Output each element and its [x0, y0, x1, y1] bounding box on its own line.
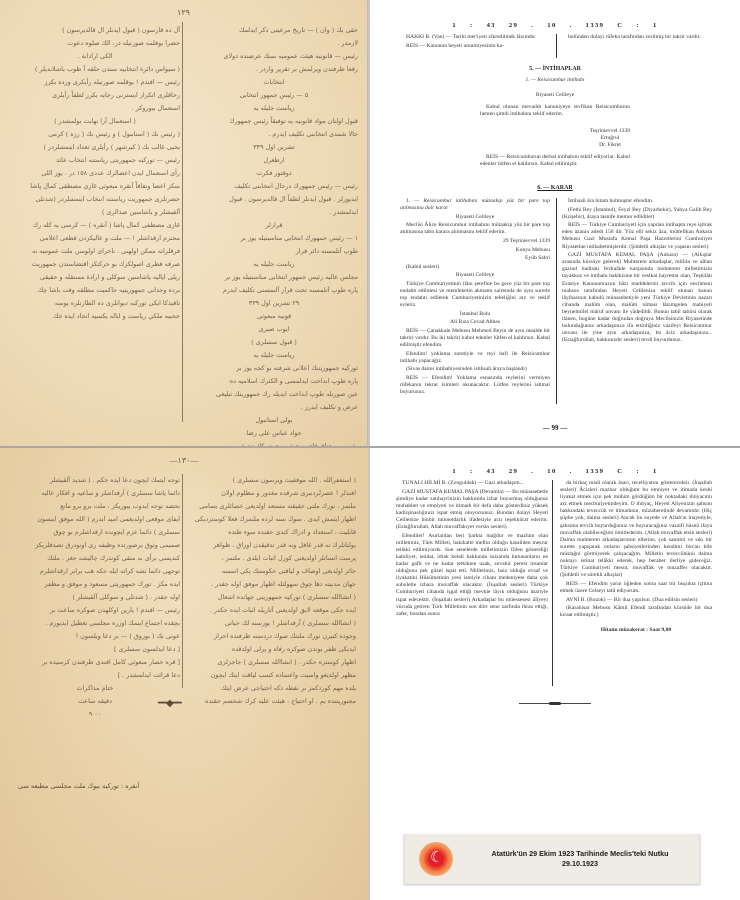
- section-title: 5. — İNTİHAPLAR: [370, 66, 740, 72]
- paragraph: (Fethi Bey (İstanbul), Feyzi Bey (Diyarb…: [562, 207, 712, 221]
- paragraph: GAZİ MUSTAFA KEMAL PAŞA (Devamla) — Bu m…: [396, 489, 548, 532]
- text-line: رفعا طرفندن ويرلمش بر تقرير واردر .: [190, 63, 358, 76]
- decision-left-column: 1. — Reisicumhur intihabını mütaakıp yüz…: [400, 198, 550, 398]
- text-line: افندلر ! عصرلردنبرى شرقده مغدور و مظلوم …: [190, 487, 356, 500]
- paragraph: AVNİ B. (Bozok) — Bir dua yapılsın. (Dua…: [560, 597, 712, 604]
- text-line: ١ — رئيس جمهورك انتخابى مناسبتيله يوز بر: [190, 232, 358, 245]
- decision-right-column: İstihsali âra hitam bulmuştur efendim.(F…: [562, 198, 712, 346]
- session-closing-time: Hitamı müzakerat : Saat 9,00: [560, 627, 712, 634]
- printer-imprint: آنقره : توركيه بيوك ملت مجلسى مطبعه سى: [18, 782, 139, 790]
- text-line: مظهر اولديغو وامنيت واعتماده كسب لياقت ا…: [190, 669, 356, 682]
- column-divider: [556, 198, 557, 404]
- text-line: تشرين اول ٣٣٩: [190, 141, 358, 154]
- text-line: عونى بك ( بوزوق ) — بر دعا ويلسون !: [10, 630, 180, 643]
- ottoman-right-column: حقى بك ( وان ) — تاريخ مرعيتى دكر ايدلمك…: [190, 24, 358, 446]
- session-header: 1 : 43 29 . 10 . 1339 C : 1: [370, 22, 740, 29]
- text-line: مجبوريتنده يم . او احتياج ، هيئت عليه كر…: [190, 695, 356, 708]
- end-ornament: ━━◆━━: [158, 698, 180, 709]
- paragraph: da birkaç misli olarak âsarı, tecelliyat…: [560, 480, 712, 579]
- paragraph: Türkiye Cumhuriyetinin ilânı şerefine bu…: [400, 281, 550, 309]
- text-line: مجلس عاليه رئيس جمهور انتخابى مناسبتيله …: [190, 271, 358, 284]
- text-line: حائز اولديغى اوصاف و لياقتى حكومتنك يكى …: [190, 565, 356, 578]
- text-line: ( انشاالله سسلرى ) آرقداشلر ! يوزسنه لك …: [190, 617, 356, 630]
- text-line: فرقلرانه ممكن اولهنى . ناخراى اولوسن ملت…: [10, 245, 180, 258]
- text-line: جهان مدنيته دها چوق سهولتله اظهار موفق ا…: [190, 578, 356, 591]
- text-line: حقى بك ( وان ) — تاريخ مرعيتى دكر ايدلمك: [190, 24, 358, 37]
- text-line: قابليت ، استعداد و ادراك كندى حقنده سوء …: [190, 526, 356, 539]
- text-line: پاره طوپ انداخت ايدلمسى و الكثرك اسلاميه…: [190, 375, 358, 388]
- text-line: عرض و تكليف ايدرز .: [190, 401, 358, 414]
- text-line: ريلى اياليه ياشاسين سوكلى و ارادة مستقله…: [10, 271, 180, 284]
- text-line: ايدلمشدر .: [190, 206, 358, 219]
- ottoman-page-130: —١٣٠— توجه ايتمك ايچون دعا ايده جكم . ( …: [0, 448, 368, 900]
- text-line: دعا قرائت ايدلمشدر . ]: [10, 669, 180, 682]
- text-line: انتخابات: [190, 76, 358, 89]
- text-line: قبول اولنان مواد قانونيه يه توفيقاً رئيس…: [190, 115, 358, 128]
- column-divider: [182, 474, 183, 688]
- column-divider: [552, 480, 553, 686]
- text-line: رياست جليله يه: [190, 102, 358, 115]
- paragraph: REİS — Efendim! Yoklama esnasında reyler…: [400, 375, 550, 396]
- text-line: جواد عباس على رضا: [190, 427, 358, 440]
- text-line: حضرا يوقلمه صورتيله در، الك صلوه دعوت: [10, 37, 180, 50]
- text-line: رياست جليله يه: [190, 349, 358, 362]
- text-line: ايوب صبرى: [190, 323, 358, 336]
- text-line: آل ده قارسون ( قبول ايدنلر ال قالديرسون …: [10, 24, 180, 37]
- text-line: ( قبول سسلرى ): [190, 336, 358, 349]
- text-line: اظهار كوستره جكدر . ( انشاالله سسلرى ) ج…: [190, 656, 356, 669]
- paragraph: Meclisi Âlice Reisicumhur intihabını müt…: [400, 222, 550, 236]
- text-line: اوله جقدر . ( شدتلى و سوكلى آلقيشلر ): [10, 591, 180, 604]
- speech-left-column: TUNALI HİLMİ B. (Zonguldak) — Gazi arkad…: [396, 480, 548, 619]
- text-line: دقيقه ساعت: [10, 695, 180, 708]
- text-line: دائما ياشا سسلرى ) آرقداشلر و ساعيه و اف…: [10, 487, 180, 500]
- text-line: غازى مصطفى كمال پاشا ( آنقره ) — كرسى يه…: [10, 219, 180, 232]
- text-line: سسلرى ) دائما عزم ايچونده ارقداشلرم بو چ…: [10, 526, 180, 539]
- caption-text: Atatürk'ün 29 Ekim 1923 Tarihinde Meclis…: [465, 849, 695, 869]
- paragraph: Riyaseti Celileye: [400, 214, 550, 221]
- text-line: ( انشاالله سسلرى ) توركيه جمهوريتى جهاند…: [190, 591, 356, 604]
- text-line: توركيه جمهوريتنك اعلانى شرفنه بو كجه يوز…: [190, 362, 358, 375]
- text-line: رياست جليله يه: [190, 258, 358, 271]
- text-line: طوپ آتلمسنه دائر قرار: [190, 245, 358, 258]
- page-number: —١٣٠—: [0, 456, 368, 465]
- paragraph: Riyaseti Celileye: [400, 272, 550, 279]
- column-divider: [182, 22, 183, 422]
- paragraph: Ali Rıza Cevad Abbas: [400, 319, 550, 326]
- text-line: نحضه توجه ايدوب بيوريكز ، ملت برو برو ما…: [10, 500, 180, 513]
- text-line: پرست انسانلر اولديغنى كوزل اثبات ايلدى .…: [190, 552, 356, 565]
- text-line: ايده جكى موقعه لايق اولديغنى آثاريله اثب…: [190, 604, 356, 617]
- text-line: بچقده اجتماع ايتمك اوزره مجلسى تعطيل ايد…: [10, 617, 180, 630]
- paragraph: GAZİ MUSTAFA KEMAL PAŞA (Ankara) — (Alkı…: [562, 252, 712, 344]
- column-divider: [556, 34, 557, 58]
- paragraph: 1. — Reisicumhur intihabını mütaakıp yüz…: [400, 198, 550, 212]
- text-line: توجه ايتمك ايچون دعا ايده جكم . ( شديد آ…: [10, 474, 180, 487]
- speech-right-column: da birkaç misli olarak âsarı, tecelliyat…: [560, 480, 712, 621]
- paragraph: TUNALI HİLMİ B. (Zonguldak) — Gazi arkad…: [396, 480, 548, 487]
- session-header: 1 : 43 29 . 10 . 1339 C : 1: [370, 468, 740, 475]
- text-line: ( استعمال آرا نهايت بولمشدر ): [10, 115, 180, 128]
- text-line: دوقتور فكرت: [190, 167, 358, 180]
- paragraph: REİS — Kanunun heyeti umumiyesinin ka-: [400, 43, 550, 50]
- caption-banner: Atatürk'ün 29 Ekim 1923 Tarihinde Meclis…: [404, 834, 700, 884]
- ottoman-left-column: توجه ايتمك ايچون دعا ايده جكم . ( شديد آ…: [10, 474, 180, 721]
- text-line: محترم ارقداشلر ! — ملت و عاليكزدن قطعى ا…: [10, 232, 180, 245]
- text-line: بولى استانبول: [190, 414, 358, 427]
- ottoman-page-129: ١٢٩ آل ده قارسون ( قبول ايدنلر ال قالدير…: [0, 0, 368, 446]
- text-line: ( رئيس بك ( استانبول ) و رئيس بك ( رزه )…: [10, 128, 180, 141]
- paragraph: Efendim! yoklama suretiyle ve reyi hafi …: [400, 351, 550, 365]
- text-line: برده وجدانى جمهوريتيه حاكميت مطلقه وقت ب…: [10, 284, 180, 297]
- paragraph: İstihsali âra hitam bulmuştur efendim.: [562, 198, 712, 205]
- paragraph: 29 Teşrinievvel 1339: [400, 238, 550, 245]
- ottoman-left-column: آل ده قارسون ( قبول ايدنلر ال قالديرسون …: [10, 24, 180, 323]
- section-title: 6. — KARAR: [370, 185, 740, 191]
- paragraph: REİS — Çanakkale Mebusu Mehmed Beyin de …: [400, 328, 550, 349]
- paragraph: (Sivas dairei intihabiyesinden istihsali…: [400, 366, 550, 373]
- reis-statement: REİS — Reisicumhurun derhal intihabını t…: [480, 154, 630, 168]
- subsection-title: 1. — Reisicumhur intihabı: [370, 77, 740, 84]
- text-line: ٢٩ تشرين اول ٣٣٩: [190, 297, 358, 310]
- text-line: يلده مهم كوردكمز بر نقطه دكه احتياجى عرض…: [190, 682, 356, 695]
- paragraph: Konya Mebusu: [400, 247, 550, 254]
- text-line: اظهار ايتمش ايدى . سوك سنه لرده ملتمزك ف…: [190, 513, 356, 526]
- text-line: رئيس — قانونيه هيئت عموميه سنك عرضنده دو…: [190, 50, 358, 63]
- tbmm-emblem-icon: [419, 842, 453, 876]
- text-line: پاره طوپ آتلمسنه تحت قرار آلنمسنى تكليف …: [190, 284, 358, 297]
- page-number: ١٢٩: [0, 8, 367, 17]
- section-title-text: 6. — KARAR: [537, 185, 573, 191]
- text-line: صميمى وثوق برصورتده وظيفه رى اونودرق تصد…: [10, 539, 180, 552]
- text-line: [ دعا ايدلسون سسلرى ]: [10, 643, 180, 656]
- text-line: قرارلر: [190, 219, 358, 232]
- paragraph: REİS — Efendim yarın öğleden sonra saat …: [560, 581, 712, 595]
- text-line: ختام مذاكرات: [10, 682, 180, 695]
- caption-title: Atatürk'ün 29 Ekim 1923 Tarihinde Meclis…: [465, 849, 695, 859]
- text-line: ۵ — رئيس جمهور انتخابى: [190, 89, 358, 102]
- end-ornament: [370, 691, 740, 709]
- paragraph: HAKKI B. (Van) — Tarihi mer'iyeti zikred…: [400, 34, 550, 41]
- text-line: آلقيشلر و ياشاسين صدالرى ): [10, 206, 180, 219]
- text-line: لازمدر .: [190, 37, 358, 50]
- motion-text: Kabul olunan mevaddı kanuniyeye tevfikan…: [480, 104, 630, 118]
- text-line: استعمال بيوروكز .: [10, 102, 180, 115]
- text-line: حالا شمدى انتخابنى تكليف ايدرم .: [190, 128, 358, 141]
- text-line: حضرتلرى جمهوريت رياستنه انتخاب ايتمشلردر…: [10, 193, 180, 206]
- paragraph: Efendiler! Asırlardan beri Şarkta mağdur…: [396, 533, 548, 618]
- text-line: كنديسى برأى به منفى كوندرك چاليشه جغز . …: [10, 552, 180, 565]
- text-line: جحبيه ملكي رياست و اياله يكسيه اتحاد ايد…: [10, 310, 180, 323]
- text-line: ايديورلر . قبول ايدنلر لطفاً ال قالديرسو…: [190, 193, 358, 206]
- text-line: رئيس — توركيه جمهوريتى رياستنه انتخاب عا…: [10, 154, 180, 167]
- text-line: قونيه مبعوثى: [190, 310, 358, 323]
- text-line: رئيس — رئيس جمهورك درحال انتخابنى تكليف: [190, 180, 358, 193]
- caption-date: 29.10.1923: [465, 859, 695, 869]
- text-line: عين صورتله طوپ انداخت ايديله رك جمهوريتك…: [190, 388, 358, 401]
- paragraph: İstanbul Bolu: [400, 311, 550, 318]
- text-line: رئيس — افندم ! يارين اوكلهدن صوكره ساعت …: [10, 604, 180, 617]
- printed-page-100: 1 : 43 29 . 10 . 1339 C : 1 TUNALI HİLMİ…: [370, 448, 740, 900]
- paragraph: REİS — Türkiye Cumhuriyeti için yapılan …: [562, 222, 712, 250]
- paragraph: Eyüb Sabri: [400, 255, 550, 262]
- text-line: يحيى غالب بك ( كيرشهر ) رأيلرى تعداد ايت…: [10, 141, 180, 154]
- text-line: توجهى دائما تشه كراته ايله جكه هب برابر …: [10, 565, 180, 578]
- text-line: ارطغرل: [190, 154, 358, 167]
- addressee: Riyaseti Celileye: [370, 92, 740, 99]
- text-line: بولنانلرك نه قدر غافل ونه قدر تدقيقدن او…: [190, 539, 356, 552]
- paragraph: (Kabul sesleri): [400, 264, 550, 271]
- text-line: رئيس — افندم ! يوقلمه صورتيله رأيكرى ورد…: [10, 76, 180, 89]
- page-number: — 99 —: [370, 424, 740, 432]
- text-line: ملتمز ، تورك ملتى حقيقته مستعد اولديغى خ…: [190, 500, 356, 513]
- text-line: رأى استعمال ايدن اعضالرك عددى ١٥٨ در . ي…: [10, 167, 180, 180]
- text-line: صرفه فطرى اصولكزك بو حركتكز اقتضاسندن جم…: [10, 258, 180, 271]
- ottoman-right-column: ( استغفرالله . الله موفقيت ويرسون سسلرى …: [190, 474, 356, 708]
- text-line: الكى ارادانة .: [10, 50, 180, 63]
- intro-left-column: HAKKI B. (Van) — Tarihi mer'iyeti zikred…: [400, 34, 550, 51]
- text-line: ( استغفرالله . الله موفقيت ويرسون سسلرى …: [190, 474, 356, 487]
- text-line: ايده مكز . تورك جمهوريتى مسعود و موفق و …: [10, 578, 180, 591]
- text-line: رحاقلرى اتكرار ايسترنى رجايه بكرز لطفاً …: [10, 89, 180, 102]
- text-line: ايديكى ظفر بوندن صوكره رفاه و يرلى اولدق…: [190, 643, 356, 656]
- text-line: ٠٠ ٩: [10, 708, 180, 721]
- paragraph: bulünden dolayı rüfeka tarafından verilm…: [562, 34, 712, 41]
- text-line: [ قره حصار مبعوثى كامل افندى طرفندن كرسي…: [10, 656, 180, 669]
- text-line: تاقيدكا ايكى توركيه ديوانلرى ده الطارتلر…: [10, 297, 180, 310]
- paragraph: (Karahisar Mebusu Kâmil Efendi tarafında…: [560, 605, 712, 619]
- signer-name: Dr. Fikret: [570, 142, 650, 149]
- text-line: وجوده كتيرن تورك ملتنك صوك دردسنه ظرفنده…: [190, 630, 356, 643]
- text-line: ايفاى موقعى اولديغمى اميد ايدرم ( الله م…: [10, 513, 180, 526]
- text-line: سكز اعضا وتفاقاً آنقره مبعوثى غازى مصطفى…: [10, 180, 180, 193]
- intro-right-column: bulünden dolayı rüfeka tarafından verilm…: [562, 34, 712, 43]
- text-line: ( سيواس دائرة انتخابيه سندن حلقه آ طوب ب…: [10, 63, 180, 76]
- printed-page-99: 1 : 43 29 . 10 . 1339 C : 1 HAKKI B. (Va…: [370, 0, 740, 446]
